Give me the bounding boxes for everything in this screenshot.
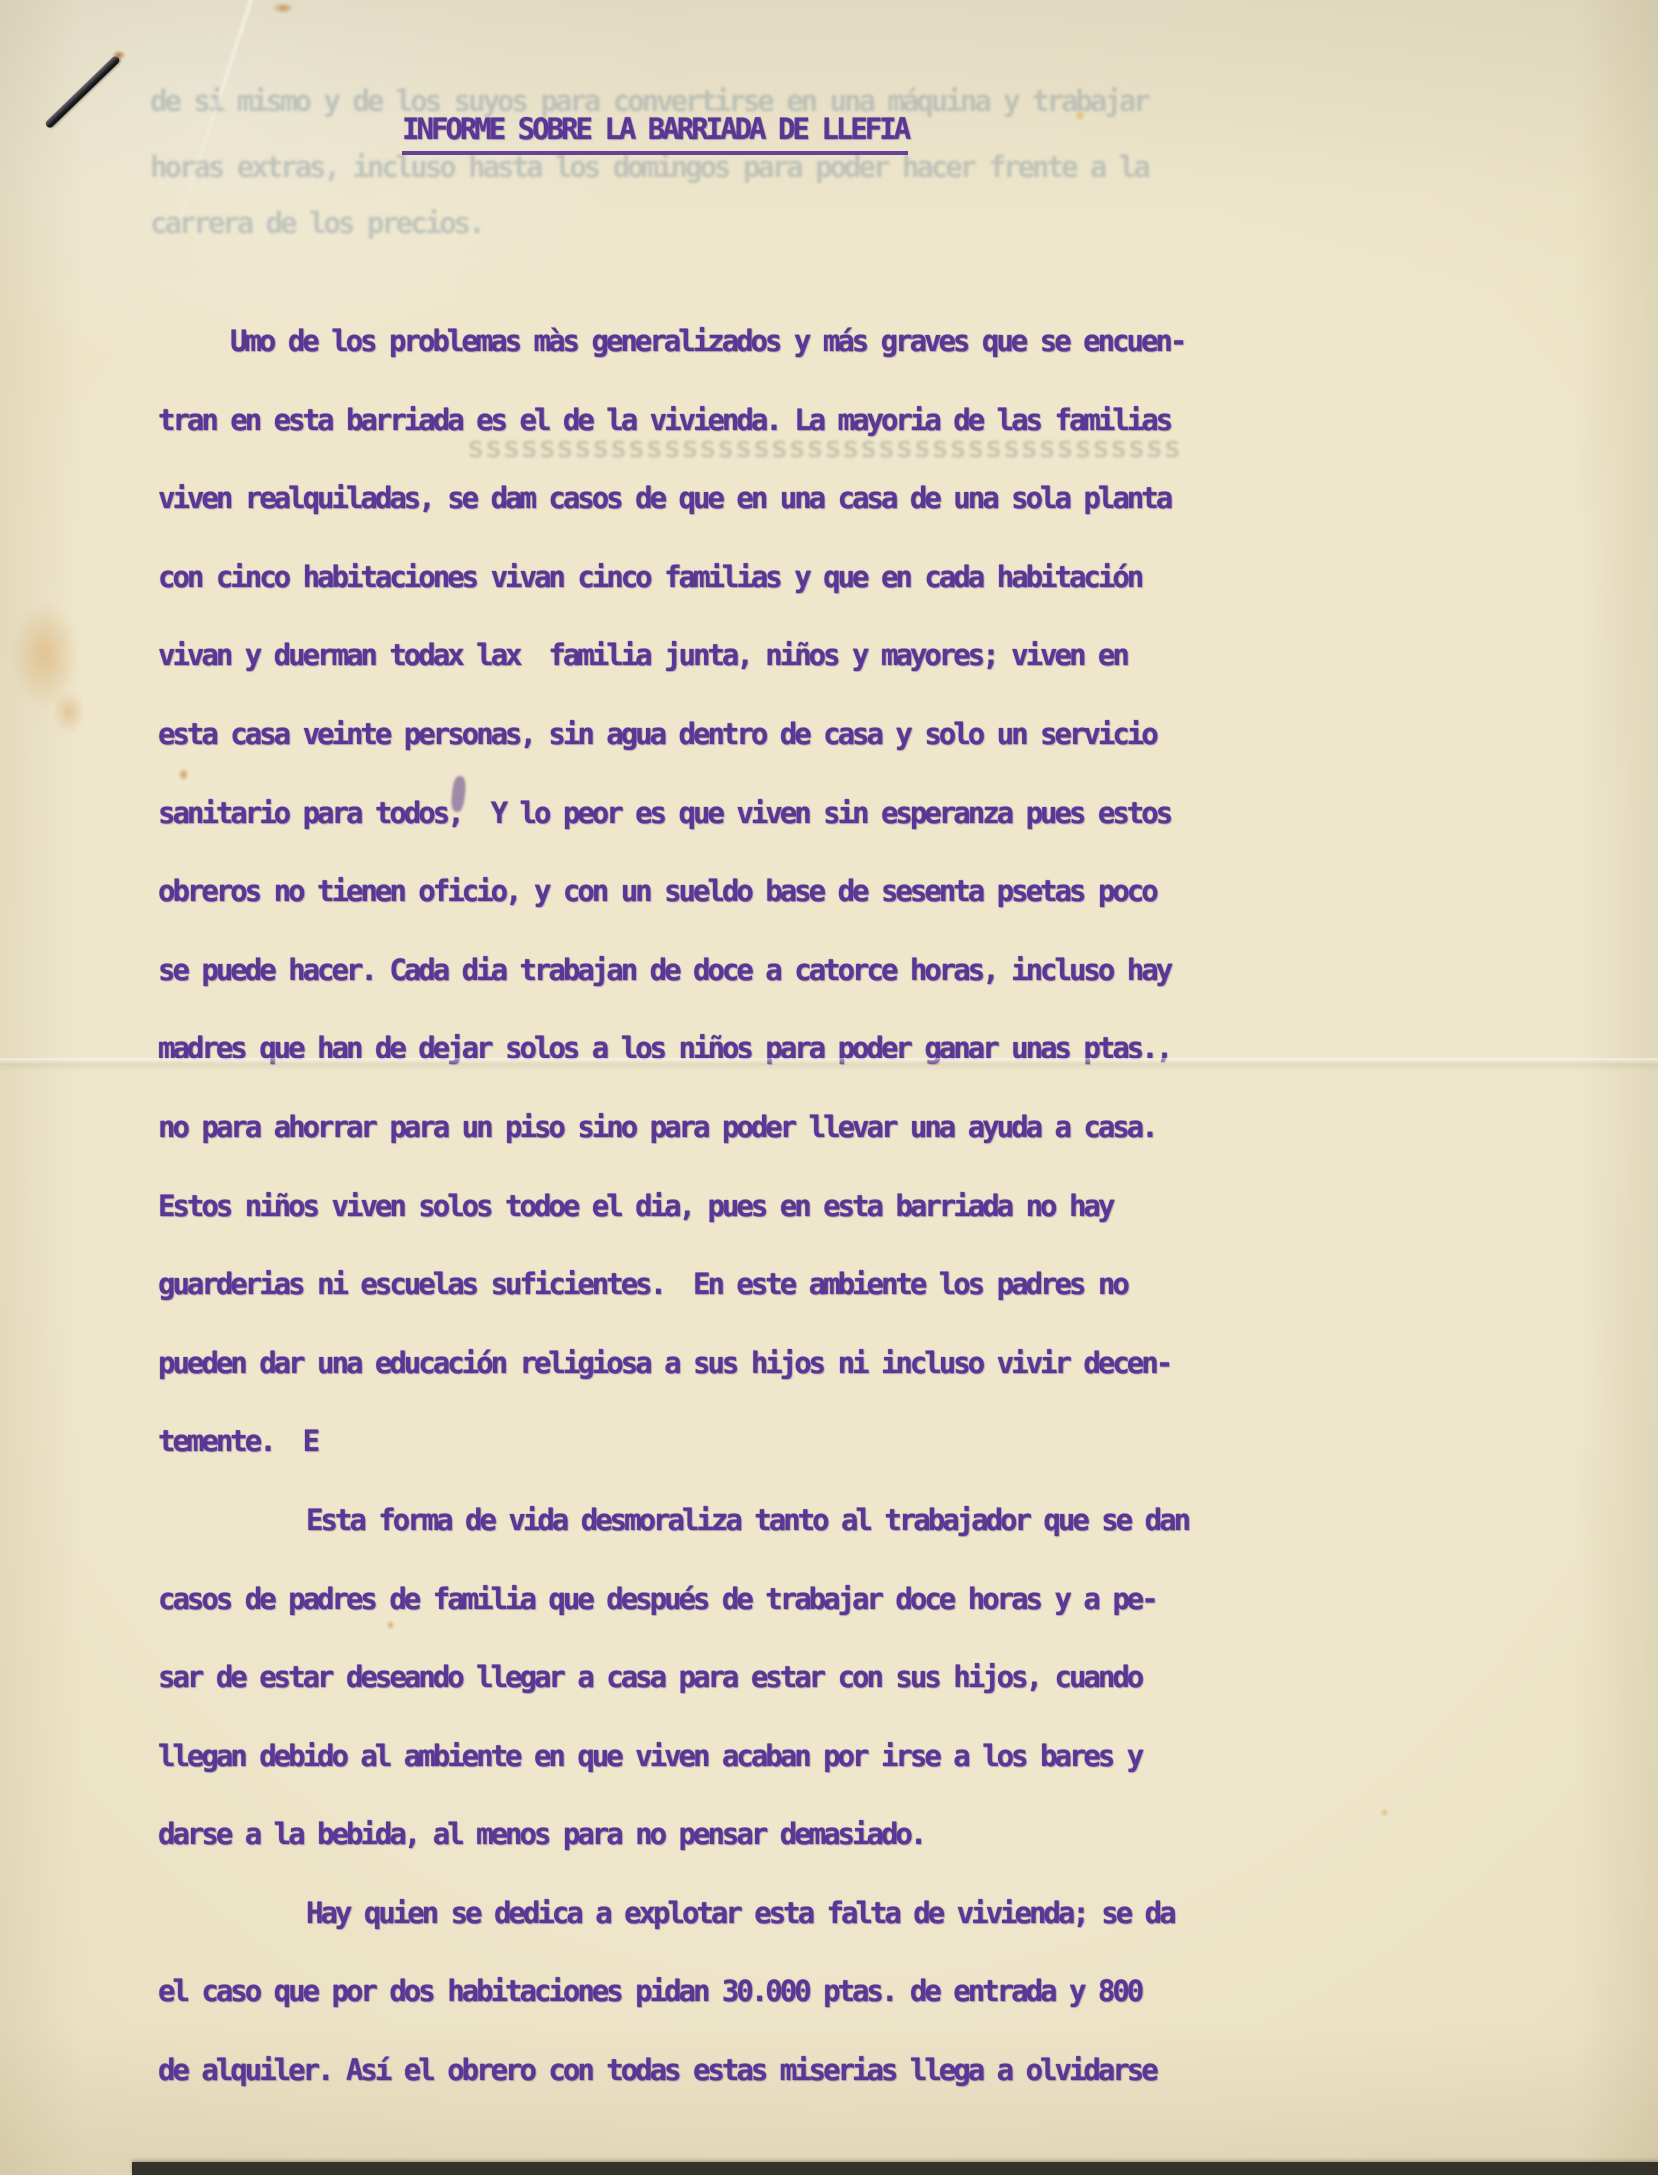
scan-edge xyxy=(132,2162,1658,2175)
paper-speck xyxy=(386,1620,395,1630)
fold-crease xyxy=(0,1058,1658,1065)
rust-stain xyxy=(112,50,126,60)
paper-speck xyxy=(1380,1808,1389,1817)
typewritten-report-page: de si mismo y de los suyos para converti… xyxy=(0,0,1658,2175)
paragraph-demoralization: Esta forma de vida desmoraliza tanto al … xyxy=(158,1481,1278,1874)
paper-stain xyxy=(52,690,86,734)
paragraph-housing-problem: Umo de los problemas màs generalizados y… xyxy=(158,302,1278,1481)
bleedthrough-line: horas extras, incluso hasta los domingos… xyxy=(150,150,1148,184)
paper-speck xyxy=(1074,110,1086,121)
document-body: Umo de los problemas màs generalizados y… xyxy=(158,302,1278,2110)
paper-speck xyxy=(178,768,189,781)
rust-stain xyxy=(272,2,294,14)
staple-icon xyxy=(44,55,121,130)
document-title: INFORME SOBRE LA BARRIADA DE LLEFIA xyxy=(402,112,908,155)
bleedthrough-line: carrera de los precios. xyxy=(150,206,483,240)
paragraph-exploitation: Hay quien se dedica a explotar esta falt… xyxy=(158,1874,1278,2110)
